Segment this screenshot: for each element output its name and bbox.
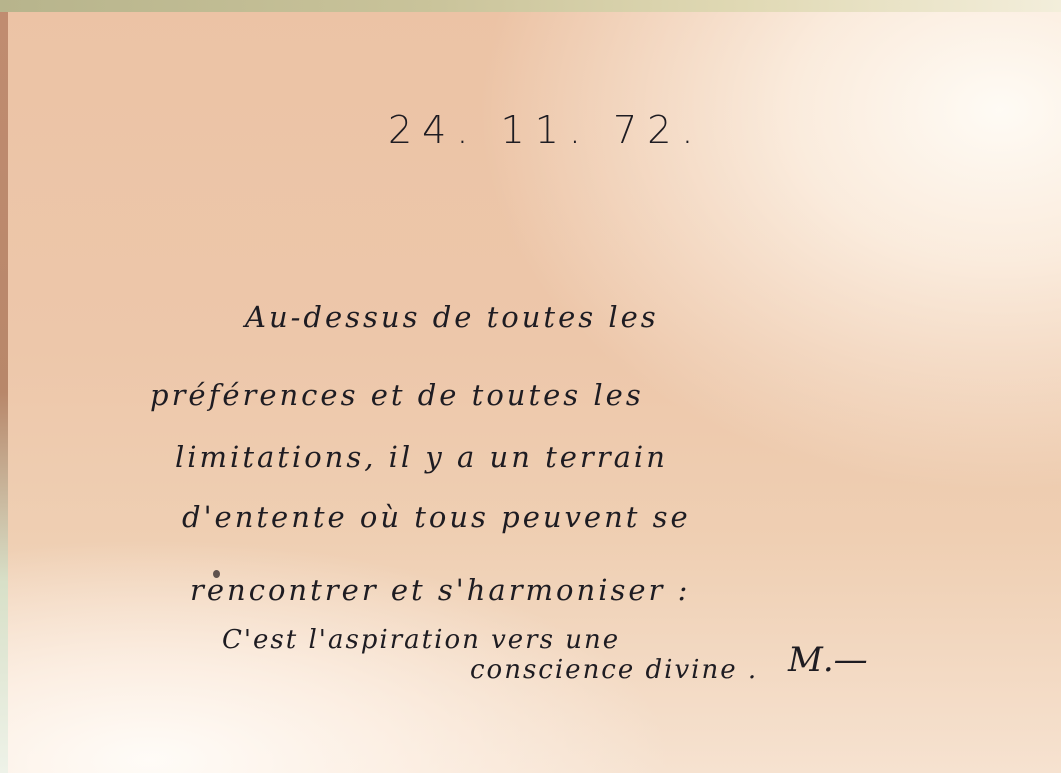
signature: M.— <box>788 640 868 680</box>
page-top-edge <box>0 0 1061 12</box>
note-line-1: Au-dessus de toutes les <box>245 300 659 334</box>
note-line-5: rencontrer et s'harmoniser : <box>190 573 690 607</box>
note-line-6: C'est l'aspiration vers une <box>222 625 620 655</box>
note-date: 24. 11. 72. <box>388 108 703 152</box>
page-left-edge <box>0 12 8 773</box>
note-line-2: préférences et de toutes les <box>150 378 644 412</box>
note-line-7: conscience divine . <box>470 655 758 685</box>
note-line-4: d'entente où tous peuvent se <box>182 500 691 534</box>
note-line-3: limitations, il y a un terrain <box>175 440 668 474</box>
